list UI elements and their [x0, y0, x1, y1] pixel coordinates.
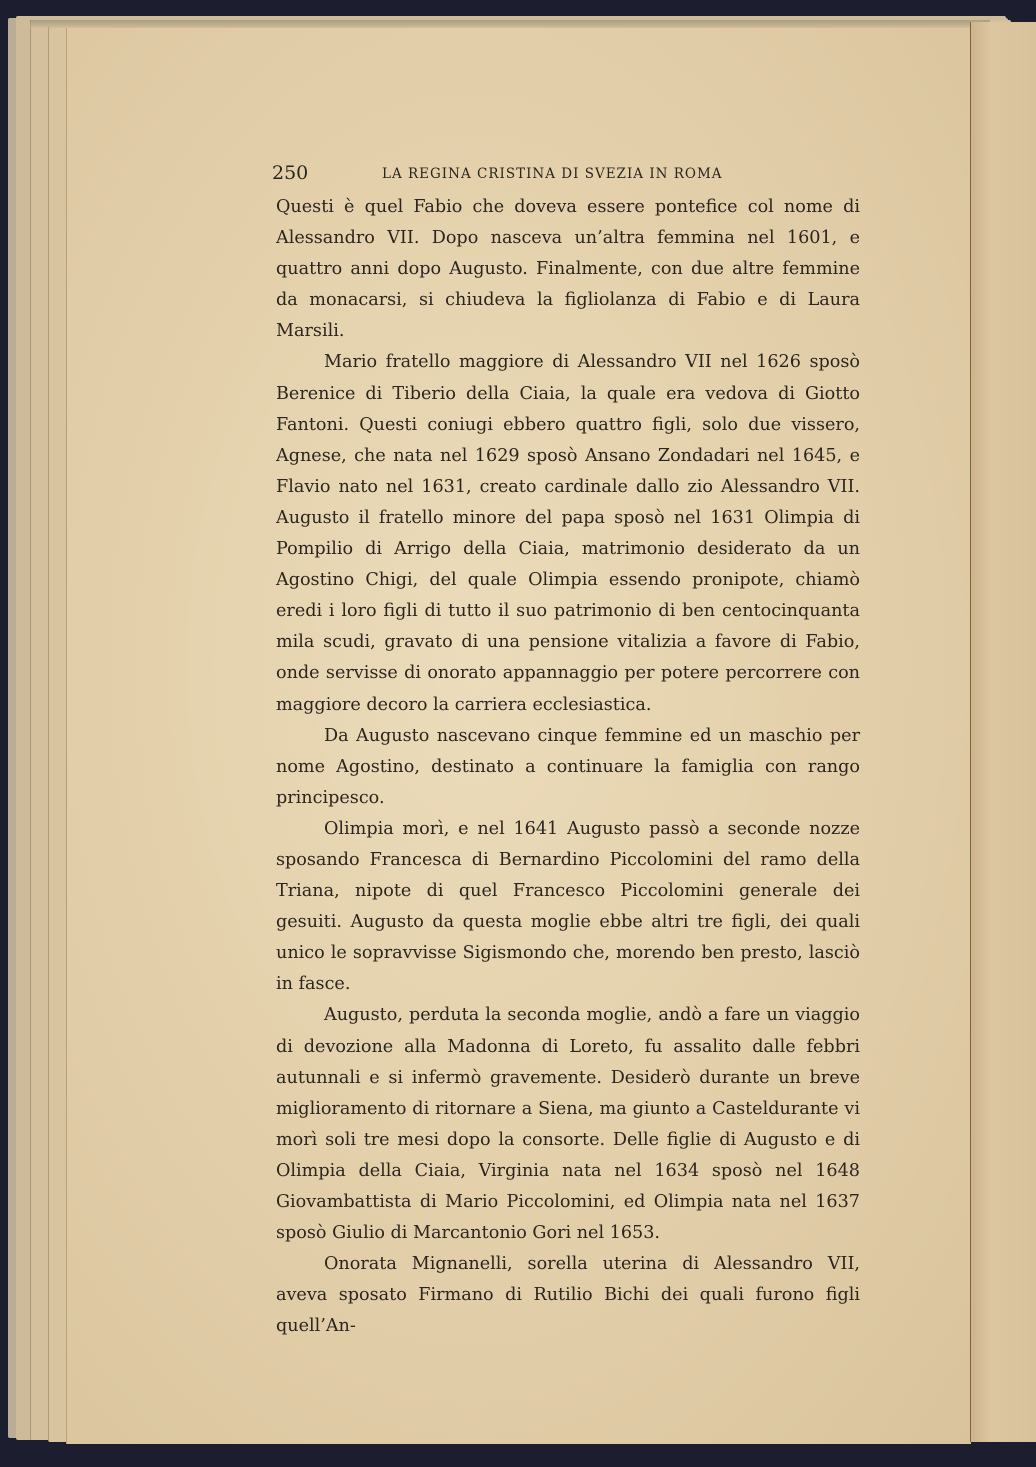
page-top-edge	[30, 20, 990, 28]
page-number: 250	[272, 162, 308, 184]
paragraph: Onorata Mignanelli, sorella uterina di A…	[276, 1249, 860, 1342]
paragraph: Augusto, perduta la seconda moglie, andò…	[276, 1000, 860, 1249]
running-head: 250 LA REGINA CRISTINA DI SVEZIA IN ROMA	[272, 160, 872, 188]
paragraph: Mario fratello maggiore di Alessandro VI…	[276, 347, 860, 720]
paragraph: Da Augusto nascevano cinque femmine ed u…	[276, 721, 860, 814]
paragraph: Olimpia morì, e nel 1641 Augusto passò a…	[276, 814, 860, 1001]
paragraph: Questi è quel Fabio che doveva essere po…	[276, 192, 860, 347]
running-title: LA REGINA CRISTINA DI SVEZIA IN ROMA	[382, 166, 723, 182]
book-page-right-partial	[970, 22, 1036, 1442]
body-text: Questi è quel Fabio che doveva essere po…	[276, 192, 860, 1342]
